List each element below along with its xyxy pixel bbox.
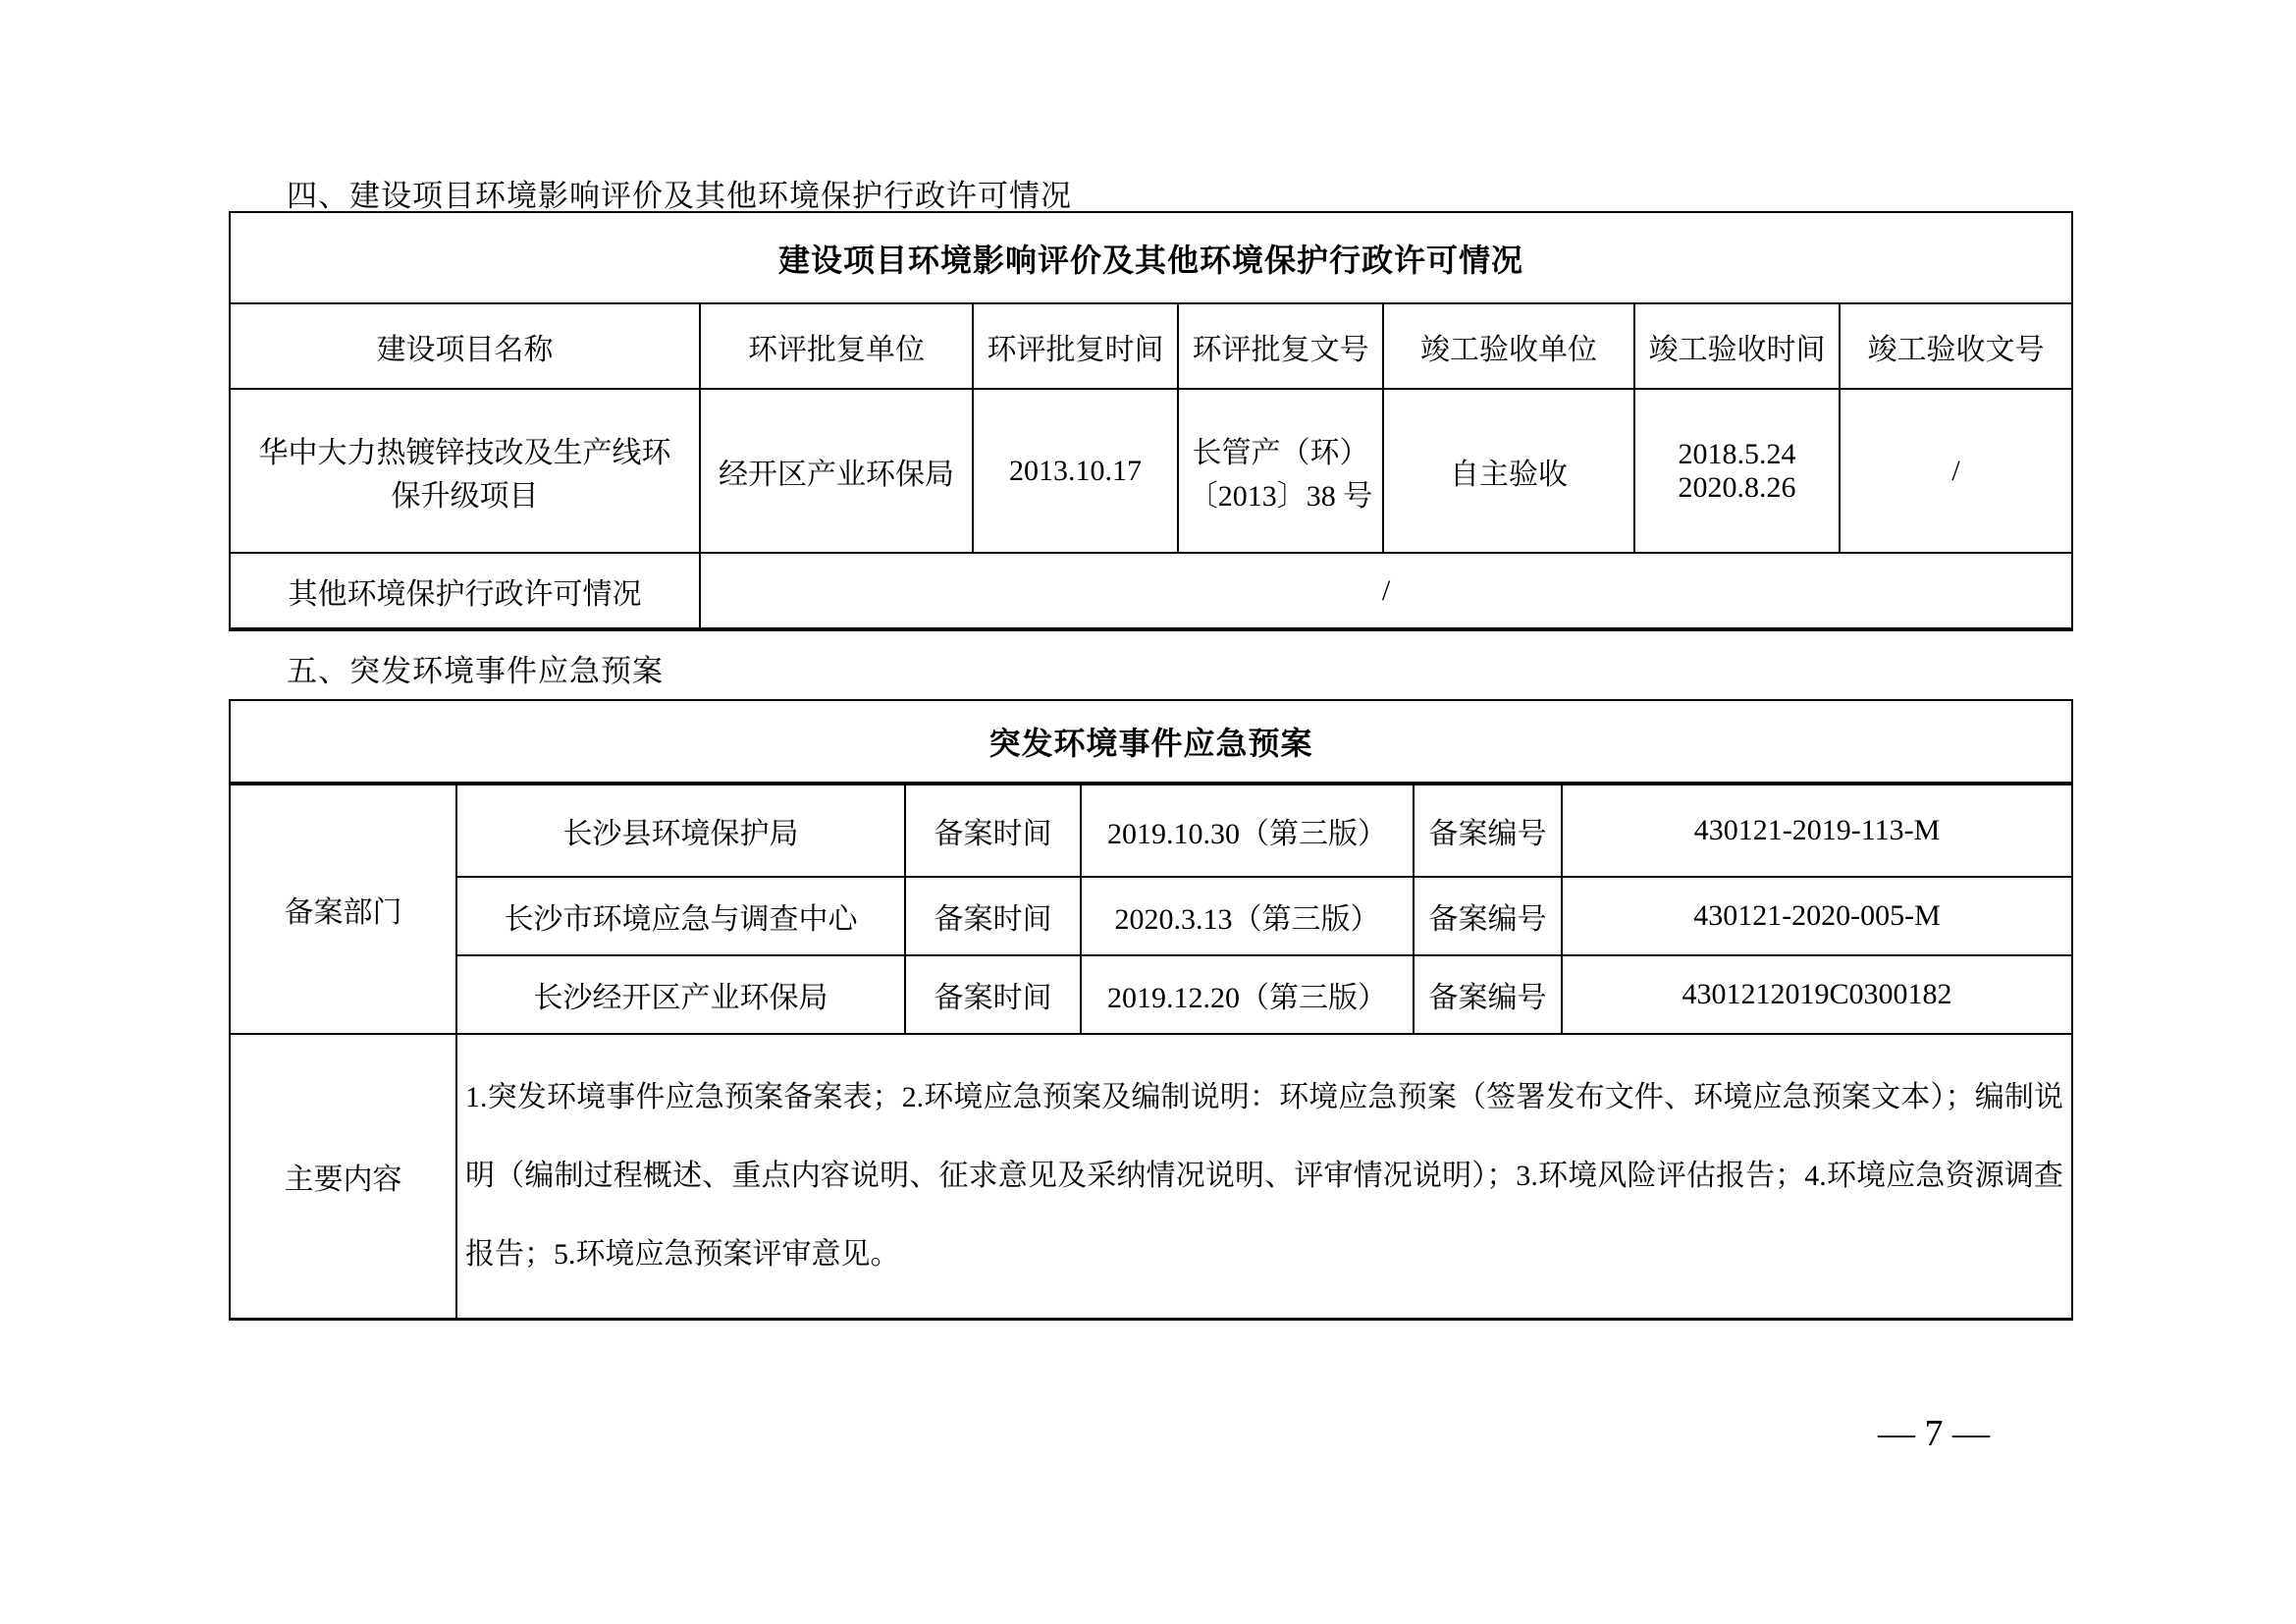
record-time-label-cell: 备案时间	[905, 877, 1081, 955]
acceptance-date-line2: 2020.8.26	[1637, 471, 1837, 505]
other-permit-label-cell: 其他环境保护行政许可情况	[230, 553, 700, 629]
eia-permit-table: 建设项目环境影响评价及其他环境保护行政许可情况 建设项目名称 环评批复单位 环评…	[229, 211, 2073, 631]
other-permit-value-cell: /	[700, 553, 2072, 629]
column-header-eia-approval-unit: 环评批复单位	[700, 303, 973, 389]
column-header-eia-doc-no: 环评批复文号	[1178, 303, 1383, 389]
content-text-cell: 1.突发环境事件应急预案备案表；2.环境应急预案及编制说明：环境应急预案（签署发…	[456, 1034, 2072, 1319]
eia-table-other-row: 其他环境保护行政许可情况 /	[230, 553, 2072, 629]
record-time-cell: 2019.12.20（第三版）	[1081, 955, 1414, 1034]
record-no-cell: 4301212019C0300182	[1562, 955, 2072, 1034]
eia-doc-no-line2: 〔2013〕38 号	[1181, 471, 1380, 514]
acceptance-unit-cell: 自主验收	[1383, 389, 1634, 553]
record-time-cell: 2020.3.13（第三版）	[1081, 877, 1414, 955]
eia-table-title-row: 建设项目环境影响评价及其他环境保护行政许可情况	[230, 212, 2072, 303]
record-no-label-cell: 备案编号	[1414, 955, 1562, 1034]
eia-doc-no-line1: 长管产（环）	[1181, 428, 1380, 471]
project-name-cell: 华中大力热镀锌技改及生产线环 保升级项目	[230, 389, 700, 553]
record-row: 长沙经开区产业环保局 备案时间 2019.12.20（第三版） 备案编号 430…	[230, 955, 2072, 1034]
record-no-label-cell: 备案编号	[1414, 784, 1562, 877]
dept-label-cell: 备案部门	[230, 784, 456, 1034]
section-5-heading: 五、突发环境事件应急预案	[287, 646, 664, 690]
record-row: 备案部门 长沙县环境保护局 备案时间 2019.10.30（第三版） 备案编号 …	[230, 784, 2072, 877]
content-label-cell: 主要内容	[230, 1034, 456, 1319]
section-4-heading: 四、建设项目环境影响评价及其他环境保护行政许可情况	[287, 171, 1072, 215]
record-no-cell: 430121-2019-113-M	[1562, 784, 2072, 877]
acceptance-date-line1: 2018.5.24	[1637, 438, 1837, 471]
project-name-line1: 华中大力热镀锌技改及生产线环	[233, 428, 697, 471]
emergency-content-row: 主要内容 1.突发环境事件应急预案备案表；2.环境应急预案及编制说明：环境应急预…	[230, 1034, 2072, 1319]
column-header-eia-approval-date: 环评批复时间	[973, 303, 1178, 389]
column-header-acceptance-unit: 竣工验收单位	[1383, 303, 1634, 389]
eia-doc-no-cell: 长管产（环） 〔2013〕38 号	[1178, 389, 1383, 553]
record-no-cell: 430121-2020-005-M	[1562, 877, 2072, 955]
page-number: — 7 —	[1826, 1412, 2042, 1455]
record-time-label-cell: 备案时间	[905, 955, 1081, 1034]
record-dept-cell: 长沙县环境保护局	[456, 784, 905, 877]
eia-table-header-row: 建设项目名称 环评批复单位 环评批复时间 环评批复文号 竣工验收单位 竣工验收时…	[230, 303, 2072, 389]
emergency-table-title-row: 突发环境事件应急预案	[230, 700, 2072, 784]
eia-approval-unit-cell: 经开区产业环保局	[700, 389, 973, 553]
column-header-project-name: 建设项目名称	[230, 303, 700, 389]
record-dept-cell: 长沙市环境应急与调查中心	[456, 877, 905, 955]
record-no-label-cell: 备案编号	[1414, 877, 1562, 955]
eia-table-project-row: 华中大力热镀锌技改及生产线环 保升级项目 经开区产业环保局 2013.10.17…	[230, 389, 2072, 553]
record-time-label-cell: 备案时间	[905, 784, 1081, 877]
emergency-plan-table: 突发环境事件应急预案 备案部门 长沙县环境保护局 备案时间 2019.10.30…	[229, 699, 2073, 1321]
emergency-table-title: 突发环境事件应急预案	[230, 700, 2072, 784]
record-time-cell: 2019.10.30（第三版）	[1081, 784, 1414, 877]
eia-approval-date-cell: 2013.10.17	[973, 389, 1178, 553]
column-header-acceptance-doc-no: 竣工验收文号	[1840, 303, 2072, 389]
record-dept-cell: 长沙经开区产业环保局	[456, 955, 905, 1034]
project-name-line2: 保升级项目	[233, 471, 697, 514]
record-row: 长沙市环境应急与调查中心 备案时间 2020.3.13（第三版） 备案编号 43…	[230, 877, 2072, 955]
acceptance-date-cell: 2018.5.24 2020.8.26	[1634, 389, 1840, 553]
column-header-acceptance-date: 竣工验收时间	[1634, 303, 1840, 389]
eia-table-title: 建设项目环境影响评价及其他环境保护行政许可情况	[230, 212, 2072, 303]
acceptance-doc-no-cell: /	[1840, 389, 2072, 553]
